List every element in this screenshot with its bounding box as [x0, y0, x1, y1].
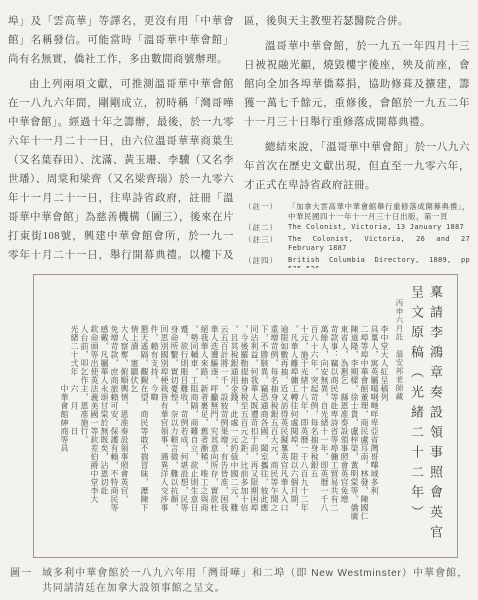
footnote-label: （註一） — [244, 202, 288, 212]
petition-column: 件，賴有支持，今啣 — [149, 281, 159, 551]
footnote-label: （註四） — [244, 256, 288, 266]
petition-column: 欽命頭等出使英法義美國一等欽差伯爵中堂李大 — [89, 281, 99, 551]
petition-column: 百八十六年，突起苛例，每名抽身稅銀五 — [309, 281, 319, 551]
petition-column: 懇天遙隔，觀覲在望，商民等敢不揣冒昧，瀝陳下 — [139, 281, 149, 551]
petition-column: 回思別國別埠梗栽皆有華官領事，遇異洋人交涉事 — [159, 281, 169, 551]
footnote-text: The Colonist, Victoria, 26 and 27 Februa… — [288, 235, 470, 254]
petition-column: 重增苛例，每名抽身稅銀五百大元，商民等乍聞之 — [269, 281, 279, 551]
left-text-column: 埠」及「雲高華」等譯名，更沒有用「中華會館」名稱發信。可能當時「溫哥華中華會館」… — [8, 12, 234, 268]
petition-column: 二埠等埠中華會館董理，商民盧耳南，林發，陳國仁 — [359, 281, 369, 551]
petition-column: 絕我華人來路，新者裹足，舊者漸稀，唯工之與商 — [199, 281, 209, 551]
scanned-book-page: 埠」及「雲高華」等譯名，更沒有用「中華會館」名稱發信。可能當時「溫哥華中華會館」… — [0, 0, 478, 600]
petition-column: 李中堂大人紅呈稿列 — [379, 281, 389, 551]
petition-column: ，且其稅銀通用金錢，此處一元約值中國二元，難 — [229, 281, 239, 551]
petition-column: 同沾利益，何我華人既遭苛扣于前，再又限期困埠 — [249, 281, 259, 551]
petition-column: 中華會館紳商等具 — [59, 281, 69, 551]
petition-column: 陳道隆，李期樑，徐士貴，盧梓榮，黃明棠等，僑廣 — [349, 281, 359, 551]
petition-column: 十元，施于光緒十八年，即英曆一千八百九十二年 — [299, 281, 309, 551]
petition-column: 東省人，為懇乞 縣恩准奏設領事照會英官免增 — [339, 281, 349, 551]
petition-column: 華人迭遭驅逐，呼籲無門，究其意向所存，實欲杜 — [209, 281, 219, 551]
petition-column: 感戴，凡屬華人永頌甘棠於無既矣，沾恩切赴 — [99, 281, 109, 551]
footnote-text: The Colonist, Victoria, 13 January 1887 — [288, 223, 470, 233]
figure-caption-label: 圖一 — [10, 566, 42, 596]
petition-column: 大人察奪，俯順輿情，恩准奏設領事照會英官， — [119, 281, 129, 551]
petition-column: 下，不勝駭異，竊恐通商各國，闔室攜往，彼此應 — [259, 281, 269, 551]
paragraph: 溫哥華中華會館，於一九五一年四月十三日被祝融光顧，燒毀樓宇後座，殃及前座，會館向… — [244, 37, 470, 132]
petition-annotation: 丙申六月託 溫安邦老師藏 — [394, 281, 404, 551]
petition-column: 苛款事：竊以商民等赴卑詩省等埠傭工貿易共有二 — [329, 281, 339, 551]
body-text-columns: 埠」及「雲高華」等譯名，更沒有用「中華會館」名稱發信。可能當時「溫哥華中華會館」… — [8, 12, 470, 268]
footnote-label: （註二） — [244, 223, 288, 233]
petition-title-line2: 呈文原稿（光緒二十二年） — [407, 281, 426, 551]
paragraph: 總結來說，「溫哥華中華會館」於一八九六年首次在歷史文獻出現，但直至一九零六年，才… — [244, 138, 470, 195]
petition-column: ，凡華人離埠傭工轉往何處閱埠，限以六個月期， — [289, 281, 299, 551]
petition-column: 情上瀆 憲聽伏乞 — [129, 281, 139, 551]
right-text-column: 區，後與天主教聖若瑟醫院合併。 溫哥華中華會館，於一九五一年四月十三日被祝融光顧… — [244, 12, 470, 268]
footnote-text: British Columbia Directory, 1889, pp 535… — [288, 256, 470, 269]
footnotes: （註一） 「加拿大雲高華中華會館舉行重修落成開幕典禮」，中華民國四十一年十一月三… — [244, 202, 470, 268]
petition-column: ，勢同輔車，工阻商隔，商難自立，欲止則生意日 — [189, 281, 199, 551]
petition-column: 蹙，欲行則賬目難收，苛例若成，何堪設想，民等 — [179, 281, 189, 551]
petition-column: 身命所繫，實切憂惶，奈以力輕言微，難以抗顏， — [169, 281, 179, 551]
petition-column: ，今後羅勒提抽身稅至五百元之鉅，比前多加十倍 — [239, 281, 249, 551]
petition-column: 云五百計將一千，設彼苛例果增，有告皆准，困我 — [219, 281, 229, 551]
petition-column: 免增苛款，庶商旅賴可安，保護有賴，不特商民等 — [109, 281, 119, 551]
petition-column: 具稟人，寓英屬噶唎哋咩卑亞省灣哥嗶域多利 — [369, 281, 379, 551]
petition-column: 光緒二十弍年 六 月 日 — [69, 281, 79, 551]
paragraph: 區，後與天主教聖若瑟醫院合併。 — [244, 12, 470, 31]
petition-column: 人台前，叩乞作主，恩准施行。 — [79, 281, 89, 551]
petition-column: 逾限如數再抽，近又訪得英民擬稟英官凡華人入口 — [279, 281, 289, 551]
paragraph: 由上列兩項文獻，可推測溫哥華中華會館在一八九六年間，剛剛成立，初時稱「灣哥嘩中華… — [8, 75, 234, 268]
petition-document-frame: 稟請李鴻章奏設領事照會英官 呈文原稿（光緒二十二年） 丙申六月託 溫安邦老師藏 … — [33, 274, 458, 558]
figure-caption-text: 域多利中華會館於一八九六年用「灣哥嘩」和二埠（即 New Westminster… — [42, 566, 468, 596]
footnote-row: （註一） 「加拿大雲高華中華會館舉行重修落成開幕典禮」，中華民國四十一年十一月三… — [244, 202, 470, 221]
footnote-text: 「加拿大雲高華中華會館舉行重修落成開幕典禮」，中華民國四十一年十一月三十日出版，… — [288, 202, 470, 221]
footnote-label: （註三） — [244, 235, 288, 245]
petition-document: 稟請李鴻章奏設領事照會英官 呈文原稿（光緒二十二年） 丙申六月託 溫安邦老師藏 … — [40, 281, 445, 551]
petition-title-line1: 稟請李鴻章奏設領事照會英官 — [426, 281, 445, 551]
footnote-row: （註三） The Colonist, Victoria, 26 and 27 F… — [244, 235, 470, 254]
figure-caption: 圖一 域多利中華會館於一八九六年用「灣哥嘩」和二埠（即 New Westmins… — [8, 566, 470, 596]
footnote-row: （註二） The Colonist, Victoria, 13 January … — [244, 223, 470, 233]
paragraph: 埠」及「雲高華」等譯名，更沒有用「中華會館」名稱發信。可能當時「溫哥華中華會館」… — [8, 12, 234, 69]
petition-column: 萬餘人，向安無異，自光緒十一年，即英曆一千八 — [319, 281, 329, 551]
footnote-row: （註四） British Columbia Directory, 1889, p… — [244, 256, 470, 269]
